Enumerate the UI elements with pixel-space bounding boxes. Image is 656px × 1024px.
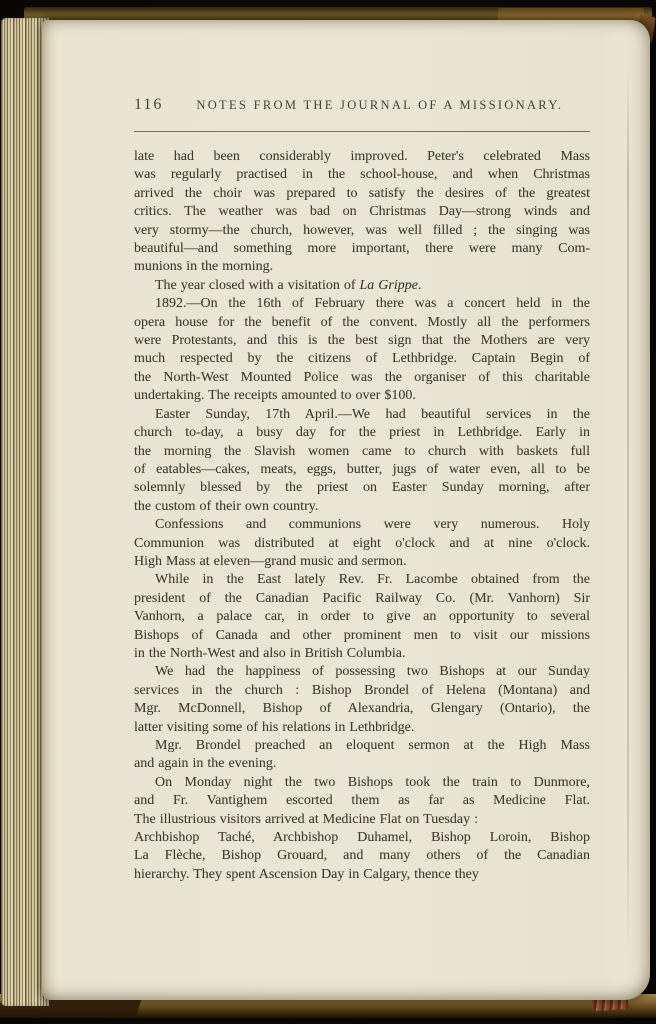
text-line: the North-West Mounted Police was the or… <box>134 369 590 387</box>
text-line: beautiful—and something more important, … <box>134 240 590 258</box>
text-line: La Flèche, Bishop Grouard, and many othe… <box>134 847 590 865</box>
text-line: church to-day, a busy day for the priest… <box>134 424 590 442</box>
text-line: Mgr. Brondel preached an eloquent sermon… <box>134 737 590 755</box>
text-line: and again in the evening. <box>134 755 590 773</box>
text-line: Mgr. McDonnell, Bishop of Alexandria, Gl… <box>134 700 590 718</box>
running-title: NOTES FROM THE JOURNAL OF A MISSIONARY. <box>196 98 563 113</box>
paragraph: While in the East lately Rev. Fr. Lacomb… <box>134 571 590 663</box>
text-line: president of the Canadian Pacific Railwa… <box>134 590 590 608</box>
text-line: Archbishop Taché, Archbishop Duhamel, Bi… <box>134 829 590 847</box>
text-line: of eatables—cakes, meats, eggs, butter, … <box>134 461 590 479</box>
paragraph: On Monday night the two Bishops took the… <box>134 774 590 829</box>
paragraph: We had the happiness of possessing two B… <box>134 663 590 737</box>
text-line: Vanhorn, a palace car, in order to give … <box>134 608 590 626</box>
text-line: late had been considerably improved. Pet… <box>134 148 590 166</box>
page-content: 116 NOTES FROM THE JOURNAL OF A MISSIONA… <box>134 96 590 1000</box>
text-line: 1892.—On the 16th of February there was … <box>134 295 590 313</box>
paragraph: Easter Sunday, 17th April.—We had beauti… <box>134 406 590 516</box>
text-line: arrived the choir was prepared to satisf… <box>134 185 590 203</box>
book-photograph: 116 NOTES FROM THE JOURNAL OF A MISSIONA… <box>0 0 656 1024</box>
header-rule <box>134 131 590 132</box>
body-text: late had been considerably improved. Pet… <box>134 148 590 884</box>
paragraph: late had been considerably improved. Pet… <box>134 148 590 277</box>
text-line: the custom of their own country. <box>134 498 590 516</box>
paragraph: The year closed with a visitation of La … <box>134 277 590 295</box>
page-header: 116 NOTES FROM THE JOURNAL OF A MISSIONA… <box>134 96 590 114</box>
text-line: opera house for the benefit of the conve… <box>134 314 590 332</box>
text-line: We had the happiness of possessing two B… <box>134 663 590 681</box>
page-number: 116 <box>134 96 163 114</box>
text-line: The illustrious visitors arrived at Medi… <box>134 811 590 829</box>
text-line: Confessions and communions were very num… <box>134 516 590 534</box>
text-line: much respected by the citizens of Lethbr… <box>134 350 590 368</box>
text-line: solemnly blessed by the priest on Easter… <box>134 479 590 497</box>
book-page: 116 NOTES FROM THE JOURNAL OF A MISSIONA… <box>42 20 650 1000</box>
paragraph: Mgr. Brondel preached an eloquent sermon… <box>134 737 590 774</box>
paragraph: 1892.—On the 16th of February there was … <box>134 295 590 405</box>
text-line: in the North-West and also in British Co… <box>134 645 590 663</box>
text-line: The year closed with a visitation of La … <box>134 277 590 295</box>
text-line: and Fr. Vantighem escorted them as far a… <box>134 792 590 810</box>
text-line: was regularly practised in the school-ho… <box>134 166 590 184</box>
text-line: were Protestants, and this is the best s… <box>134 332 590 350</box>
text-line: Bishops of Canada and other prominent me… <box>134 627 590 645</box>
text-line: munions in the morning. <box>134 258 590 276</box>
text-line: High Mass at eleven—grand music and serm… <box>134 553 590 571</box>
text-line: Communion was distributed at eight o'clo… <box>134 535 590 553</box>
paragraph: Archbishop Taché, Archbishop Duhamel, Bi… <box>134 829 590 884</box>
text-line: hierarchy. They spent Ascension Day in C… <box>134 866 590 884</box>
page-crease <box>627 64 629 964</box>
text-line: the morning the Slavish women came to ch… <box>134 443 590 461</box>
text-line: On Monday night the two Bishops took the… <box>134 774 590 792</box>
text-line: Easter Sunday, 17th April.—We had beauti… <box>134 406 590 424</box>
paragraph: Confessions and communions were very num… <box>134 516 590 571</box>
text-line: latter visiting some of his relations in… <box>134 719 590 737</box>
text-line: undertaking. The receipts amounted to ov… <box>134 387 590 405</box>
text-line: services in the church : Bishop Brondel … <box>134 682 590 700</box>
text-line: critics. The weather was bad on Christma… <box>134 203 590 221</box>
text-line: While in the East lately Rev. Fr. Lacomb… <box>134 571 590 589</box>
text-line: very stormy—the church, however, was wel… <box>134 222 590 240</box>
